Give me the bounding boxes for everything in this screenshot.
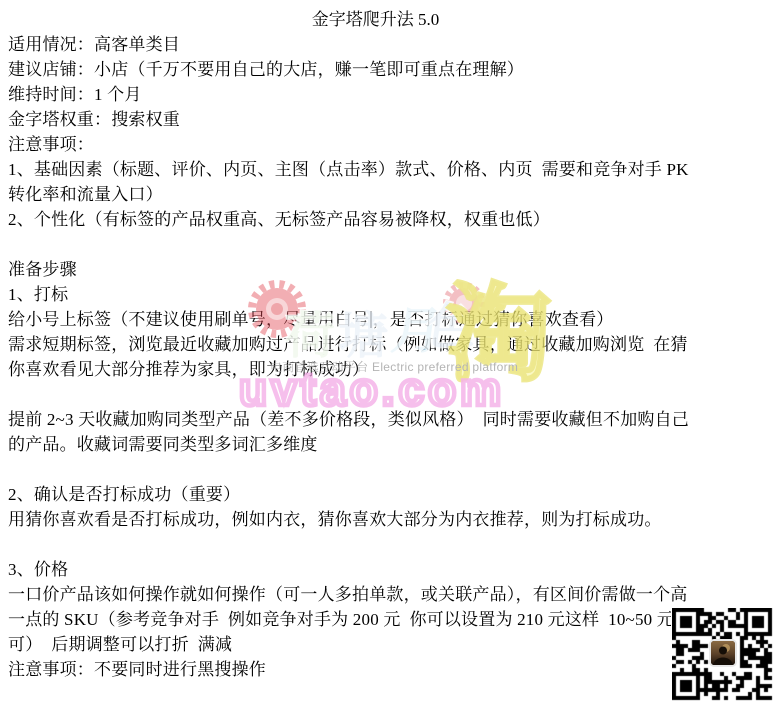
document-line: 准备步骤: [8, 257, 773, 282]
document-line: 给小号上标签（不建议使用刷单号，尽量用白号，是否打标通过猜你喜欢查看）: [8, 307, 773, 332]
document-line: 一口价产品该如何操作就如何操作（可一人多拍单款，或关联产品），有区间价需做一个高: [8, 582, 773, 607]
document-line: 一点的 SKU（参考竞争对手 例如竞争对手为 200 元 你可以设置为 210 …: [8, 607, 773, 632]
document-line: 提前 2~3 天收藏加购同类型产品（差不多价格段，类似风格） 同时需要收藏但不加…: [8, 407, 773, 432]
document-page: 金字塔爬升法 5.0 适用情况：高客单类目建议店铺：小店（千万不要用自己的大店，…: [0, 0, 781, 702]
document-body[interactable]: 适用情况：高客单类目建议店铺：小店（千万不要用自己的大店，赚一笔即可重点在理解）…: [8, 32, 773, 682]
text-before-caret: 给小号上标签（不建议使用刷单号，尽量用白号: [8, 310, 369, 329]
document-line: 适用情况：高客单类目: [8, 32, 773, 57]
document-line: 1、打标: [8, 282, 773, 307]
document-line: 金字塔权重：搜索权重: [8, 107, 773, 132]
person-avatar: [709, 639, 737, 667]
document-line: 建议店铺：小店（千万不要用自己的大店，赚一笔即可重点在理解）: [8, 57, 773, 82]
text-caret: [370, 311, 372, 328]
document-line: 2、个性化（有标签的产品权重高、无标签产品容易被降权，权重也低）: [8, 207, 773, 232]
document-line: 2、确认是否打标成功（重要）: [8, 482, 773, 507]
document-line: 你喜欢看见大部分推荐为家具，即为打标成功）: [8, 357, 773, 382]
document-line: 维持时间：1 个月: [8, 82, 773, 107]
document-blank-line: [8, 532, 773, 557]
document-line: 1、基础因素（标题、评价、内页、主图（点击率）款式、价格、内页 需要和竞争对手 …: [8, 157, 773, 182]
document-line: 用猜你喜欢看是否打标成功，例如内衣，猜你喜欢大部分为内衣推荐，则为打标成功。: [8, 507, 773, 532]
page-title: 金字塔爬升法 5.0: [0, 7, 751, 32]
document-line: 转化率和流量入口）: [8, 182, 773, 207]
text-after-caret: ，是否打标通过猜你喜欢查看）: [373, 310, 614, 329]
document-line: 可） 后期调整可以打折 满减: [8, 632, 773, 657]
document-line: 注意事项：不要同时进行黑搜操作: [8, 657, 773, 682]
document-blank-line: [8, 457, 773, 482]
document-blank-line: [8, 382, 773, 407]
document-blank-line: [8, 232, 773, 257]
qr-code-image: [671, 607, 774, 702]
document-line: 注意事项：: [8, 132, 773, 157]
document-line: 需求短期标签，浏览最近收藏加购过产品进行打标（例如做家具，通过收藏加购浏览 在猜: [8, 332, 773, 357]
document-line: 3、价格: [8, 557, 773, 582]
document-line: 的产品。收藏词需要同类型多词汇多维度: [8, 432, 773, 457]
